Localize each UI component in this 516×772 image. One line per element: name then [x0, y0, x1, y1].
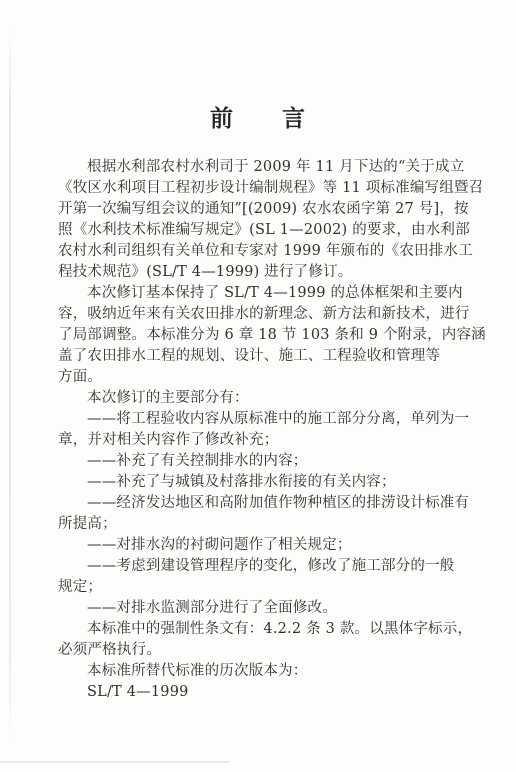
scan-edge-artifact-left	[9, 28, 11, 744]
text-line: 程技术规范》(SL/T 4—1999) 进行了修订。	[58, 262, 462, 283]
text-line: 《牧区水利项目工程初步设计编制规程》等 11 项标准编写组暨召	[58, 178, 462, 199]
document-page: 前 言 根据水利部农村水利司于 2009 年 11 月下达的“关于成立《牧区水利…	[0, 0, 516, 772]
text-line: 本次修订的主要部分有：	[58, 388, 462, 409]
text-line: 规定；	[58, 577, 462, 598]
text-line: 方面。	[58, 367, 462, 388]
text-line: ——考虑到建设管理程序的变化，修改了施工部分的一般	[58, 556, 462, 577]
text-line: 本次修订基本保持了 SL/T 4—1999 的总体框架和主要内	[58, 283, 462, 304]
text-line: 所提高；	[58, 514, 462, 535]
body-text: 根据水利部农村水利司于 2009 年 11 月下达的“关于成立《牧区水利项目工程…	[58, 157, 462, 703]
text-line: 开第一次编写组会议的通知”[(2009) 农水农函字第 27 号]，按	[58, 199, 462, 220]
text-line: 必须严格执行。	[58, 640, 462, 661]
text-line: SL/T 4—1999	[58, 682, 462, 703]
text-line: 章，并对相关内容作了修改补充；	[58, 430, 462, 451]
text-line: ——对排水沟的衬砌问题作了相关规定；	[58, 535, 462, 556]
text-line: ——补充了与城镇及村落排水衔接的有关内容；	[58, 472, 462, 493]
text-line: ——补充了有关控制排水的内容；	[58, 451, 462, 472]
text-line: 盖了农田排水工程的规划、设计、施工、工程验收和管理等	[58, 346, 462, 367]
text-line: 根据水利部农村水利司于 2009 年 11 月下达的“关于成立	[58, 157, 462, 178]
page-title: 前 言	[0, 100, 516, 133]
text-line: ——对排水监测部分进行了全面修改。	[58, 598, 462, 619]
text-line: ——经济发达地区和高附加值作物种植区的排涝设计标准有	[58, 493, 462, 514]
scan-edge-artifact-bottom	[0, 761, 230, 763]
text-line: ——将工程验收内容从原标准中的施工部分分离，单列为一	[58, 409, 462, 430]
text-line: 本标准中的强制性条文有：4.2.2 条 3 款。以黑体字标示，	[58, 619, 462, 640]
text-line: 本标准所替代标准的历次版本为：	[58, 661, 462, 682]
text-line: 了局部调整。本标准分为 6 章 18 节 103 条和 9 个附录，内容涵	[58, 325, 462, 346]
text-line: 容，吸纳近年来有关农田排水的新理念、新方法和新技术，进行	[58, 304, 462, 325]
text-line: 照《水利技术标准编写规定》(SL 1—2002) 的要求，由水利部	[58, 220, 462, 241]
text-line: 农村水利司组织有关单位和专家对 1999 年颁布的《农田排水工	[58, 241, 462, 262]
